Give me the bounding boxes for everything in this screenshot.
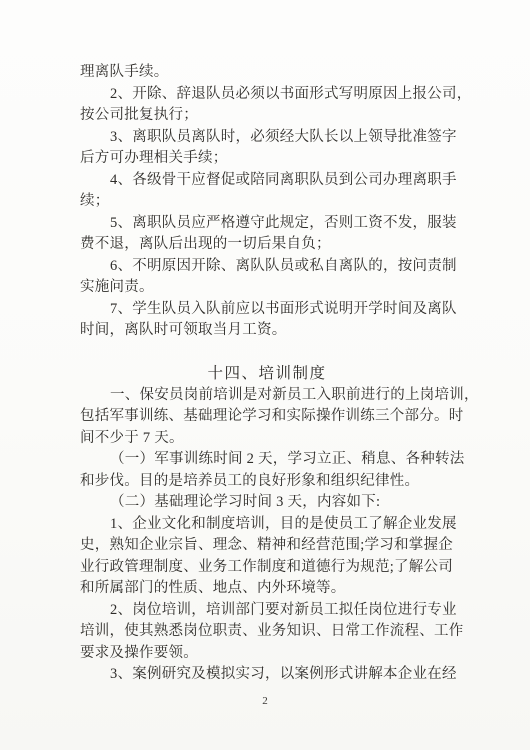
- text-line: 业行政管理制度、业务工作制度和道德行为规范;了解公司: [80, 557, 454, 579]
- text-line: 培训，使其熟悉岗位职责、业务知识、日常工作流程、工作: [80, 621, 454, 643]
- text-line: 4、各级骨干应督促或陪同离职队员到公司办理离职手: [80, 170, 454, 192]
- text-line: 和所属部门的性质、地点、内外环境等。: [80, 578, 454, 600]
- page-number: 2: [0, 694, 530, 709]
- section-heading: 十四、培训制度: [80, 363, 454, 385]
- text-line: 5、离职队员应严格遵守此规定，否则工资不发，服装: [80, 213, 454, 235]
- text-line: 一、保安员岗前培训是对新员工入职前进行的上岗培训，: [80, 385, 454, 407]
- document-page: 理离队手续。2、开除、辞退队员必须以书面形式写明原因上报公司，按公司批复执行；3…: [0, 0, 530, 750]
- text-line: 2、开除、辞退队员必须以书面形式写明原因上报公司，: [80, 84, 454, 106]
- text-line: （二）基础理论学习时间 3 天，内容如下:: [80, 492, 454, 514]
- text-line: 间不少于 7 天。: [80, 428, 454, 450]
- text-line: 费不退，离队后出现的一切后果自负；: [80, 234, 454, 256]
- document-text-block: 理离队手续。2、开除、辞退队员必须以书面形式写明原因上报公司，按公司批复执行；3…: [80, 62, 454, 686]
- text-line: 包括军事训练、基础理论学习和实际操作训练三个部分。时: [80, 406, 454, 428]
- text-line: 史，熟知企业宗旨、理念、精神和经营范围;学习和掌握企: [80, 535, 454, 557]
- text-line: （一）军事训练时间 2 天，学习立正、稍息、各种转法: [80, 449, 454, 471]
- text-line: 续；: [80, 191, 454, 213]
- text-line: 要求及操作要领。: [80, 643, 454, 665]
- text-line: 理离队手续。: [80, 62, 454, 84]
- text-line: 3、离职队员离队时，必须经大队长以上领导批准签字: [80, 127, 454, 149]
- text-line: 2、岗位培训，培训部门要对新员工拟任岗位进行专业: [80, 600, 454, 622]
- text-line: 后方可办理相关手续；: [80, 148, 454, 170]
- text-line: 按公司批复执行；: [80, 105, 454, 127]
- text-line: 时间，离队时可领取当月工资。: [80, 320, 454, 342]
- text-line: 1、企业文化和制度培训，目的是使员工了解企业发展: [80, 514, 454, 536]
- blank-line: [80, 342, 454, 364]
- text-line: 6、不明原因开除、离队队员或私自离队的，按问责制: [80, 256, 454, 278]
- text-line: 和步伐。目的是培养员工的良好形象和组织纪律性。: [80, 471, 454, 493]
- text-line: 7、学生队员入队前应以书面形式说明开学时间及离队: [80, 299, 454, 321]
- text-line: 实施问责。: [80, 277, 454, 299]
- text-line: 3、案例研究及模拟实习，以案例形式讲解本企业在经: [80, 664, 454, 686]
